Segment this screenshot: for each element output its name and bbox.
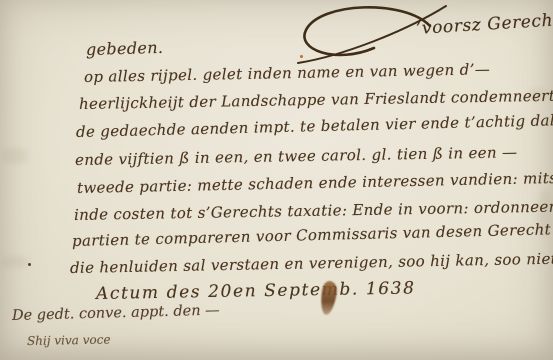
manuscript-line: partien te compareren voor Commissaris v… [72,220,553,250]
manuscript-line: die henluiden sal verstaen en verenigen,… [70,249,553,277]
marginal-note: Shij viva voce [27,333,111,348]
manuscript-line: ende vijftien ß in een, en twee carol. g… [75,143,518,169]
date-line: Actum des 20en Septemb. 1638 [96,278,416,304]
bleed-through-mark [0,256,28,268]
manuscript-line: heerlijckheijt der Landschappe van Fries… [79,87,553,113]
ink-speck [28,263,31,266]
manuscript-line: de gedaechde aenden impt. te betalen vie… [76,111,553,141]
manuscript-line-text: die henluiden sal verstaen en verenigen,… [70,250,553,277]
bleed-through-mark [2,148,28,164]
manuscript-line: tweede partie: mette schaden ende intere… [77,168,553,197]
manuscript-line: gebeden. [86,38,164,59]
marginal-note: De gedt. conve. appt. den — [12,303,220,324]
manuscript-line: op alles rijpel. gelet inden name en van… [84,60,490,86]
manuscript-page: ’voorsz Gerecht— gebeden. op alles rijpe… [0,0,553,360]
ink-speck [300,55,303,58]
manuscript-line: inde costen tot s’Gerechts taxatie: Ende… [74,197,553,224]
